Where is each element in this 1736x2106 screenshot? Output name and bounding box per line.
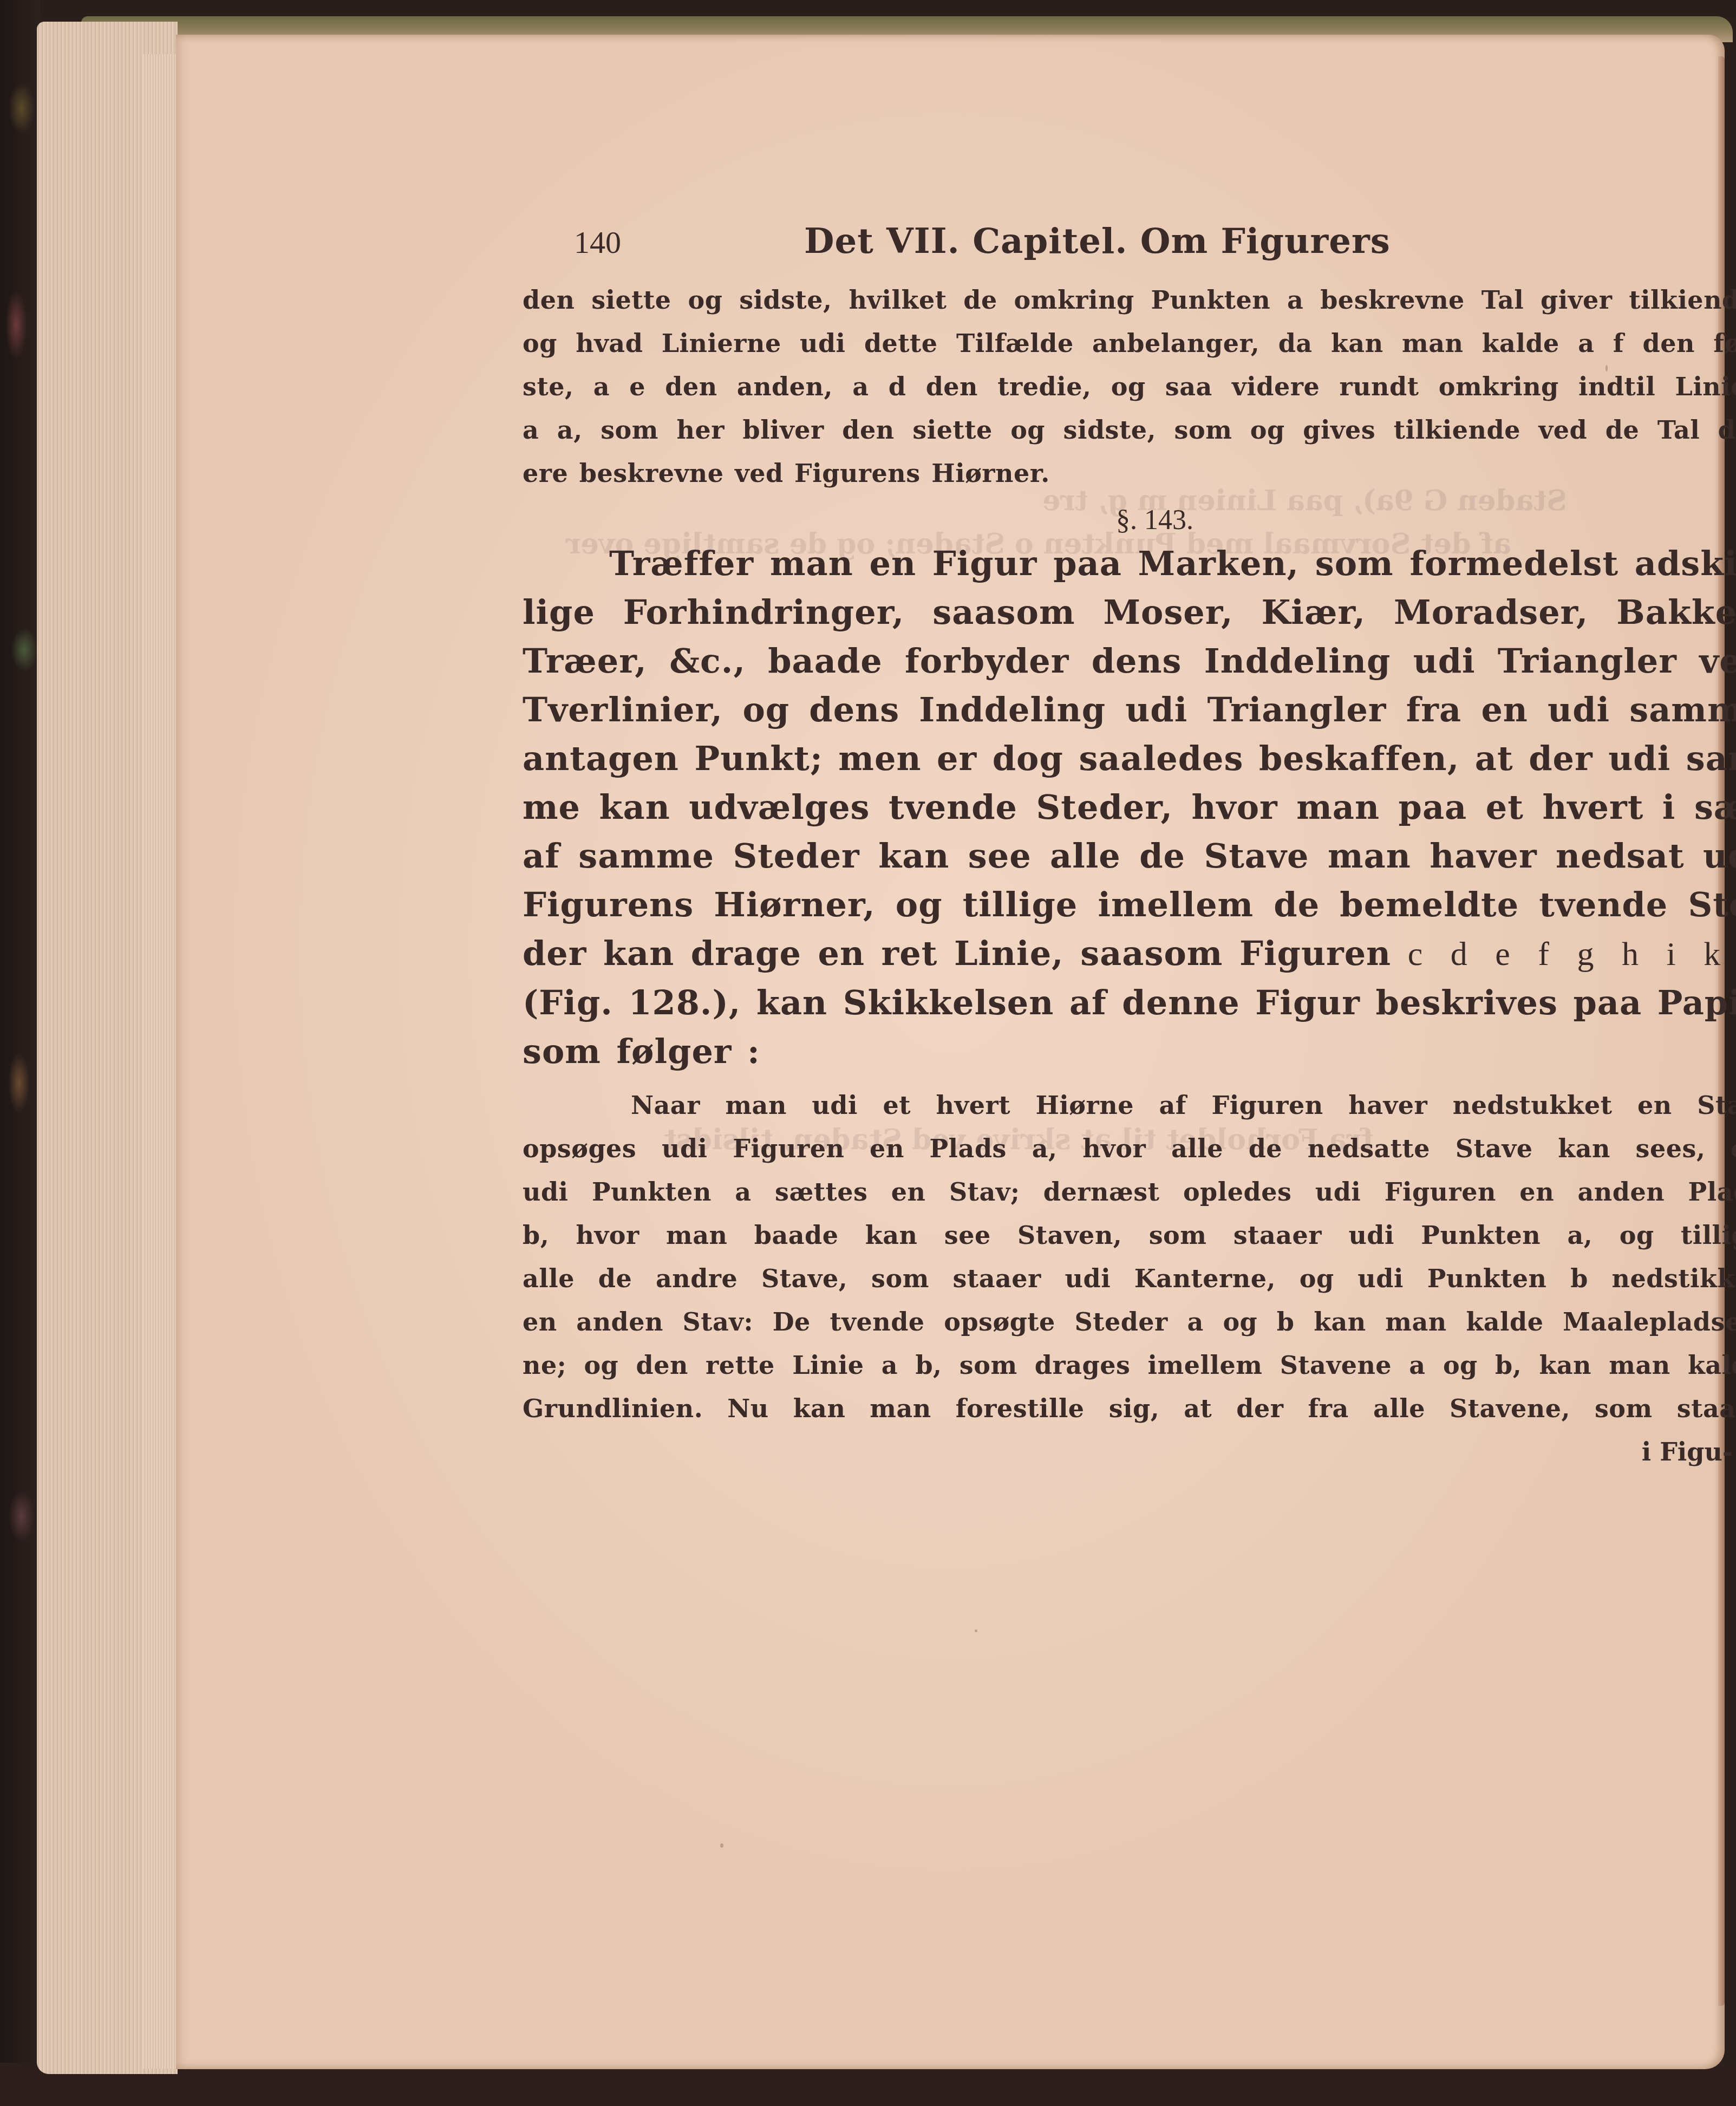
text-line: den siette og sidste, hvilket de omkring… [523, 278, 1736, 322]
text-line: som følger : [523, 1027, 1736, 1076]
page-stack-fore-edge [37, 22, 178, 2074]
text-line: Træer, &c., baade forbyder dens Inddelin… [523, 637, 1736, 686]
text-line: Grundlinien. Nu kan man forestille sig, … [523, 1387, 1736, 1430]
text-line: lige Forhindringer, saasom Moser, Kiær, … [523, 588, 1736, 637]
book-cover-left-marbled [0, 0, 41, 2106]
text-line: Træffer man en Figur paa Marken, som for… [523, 539, 1736, 588]
page-number: 140 [574, 224, 621, 260]
figure-letters: c d e f g h i k l [1408, 936, 1736, 973]
text-line: antagen Punkt; men er dog saaledes beska… [523, 734, 1736, 783]
foxing-spot [975, 1629, 977, 1632]
text-line: b, hvor man baade kan see Staven, som st… [523, 1214, 1736, 1257]
text-line: udi Punkten a sættes en Stav; dernæst op… [523, 1170, 1736, 1214]
continuation-paragraph: den siette og sidste, hvilket de omkring… [523, 278, 1736, 495]
book-scan: Staden G 9a), paa Linien m g, tre af det… [0, 0, 1736, 2106]
section-heading: §. 143. [544, 501, 1736, 539]
book-cover-top [0, 0, 1736, 16]
text-line: (Fig. 128.), kan Skikkelsen af denne Fig… [523, 979, 1736, 1027]
text-line: a a, som her bliver den siette og sidste… [523, 408, 1736, 452]
book-cover-bottom [0, 2063, 1736, 2106]
foxing-spot [720, 1843, 723, 1848]
text-line: og hvad Linierne udi dette Tilfælde anbe… [523, 322, 1736, 365]
text-line: af samme Steder kan see alle de Stave ma… [523, 832, 1736, 881]
catchword: i Figu- [523, 1430, 1736, 1473]
text-line: Figurens Hiørner, og tillige imellem de … [523, 881, 1736, 929]
text-line: me kan udvælges tvende Steder, hvor man … [523, 783, 1736, 832]
main-paragraph: Træffer man en Figur paa Marken, som for… [523, 539, 1736, 1076]
text-line: Naar man udi et hvert Hiørne af Figuren … [523, 1084, 1736, 1127]
text-line-with-figure-letters: der kan drage en ret Linie, saasom Figur… [523, 929, 1736, 979]
text-fragment: der kan drage en ret Linie, saasom Figur… [523, 934, 1391, 973]
text-line: opsøges udi Figuren en Plads a, hvor all… [523, 1127, 1736, 1170]
text-line: en anden Stav: De tvende opsøgte Steder … [523, 1300, 1736, 1344]
book-page: Staden G 9a), paa Linien m g, tre af det… [176, 35, 1725, 2069]
procedure-paragraph: Naar man udi et hvert Hiørne af Figuren … [523, 1084, 1736, 1430]
text-line: ne; og den rette Linie a b, som drages i… [523, 1344, 1736, 1387]
running-head: 140 Det VII. Capitel. Om Figurers [523, 213, 1736, 278]
chapter-title: Det VII. Capitel. Om Figurers [804, 221, 1391, 262]
text-block: 140 Det VII. Capitel. Om Figurers den si… [523, 213, 1736, 1473]
text-line: alle de andre Stave, som staaer udi Kant… [523, 1257, 1736, 1300]
text-line: Tverlinier, og dens Inddeling udi Triang… [523, 686, 1736, 734]
text-line: ere beskrevne ved Figurens Hiørner. [523, 452, 1736, 495]
text-line: ste, a e den anden, a d den tredie, og s… [523, 365, 1736, 408]
